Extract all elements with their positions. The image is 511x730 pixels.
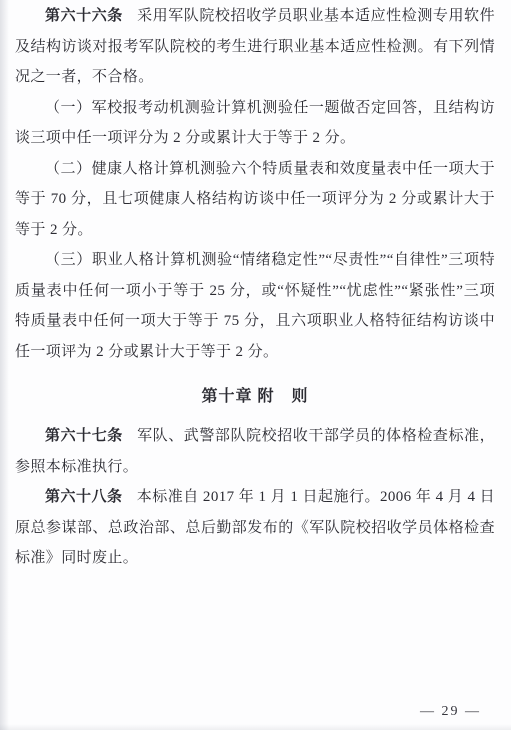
chapter-heading: 第十章 附 则 bbox=[15, 382, 495, 412]
article-68: 第六十八条本标准自 2017 年 1 月 1 日起施行。2006 年 4 月 4… bbox=[15, 482, 495, 574]
article-66-item-2: （二）健康人格计算机测验六个特质量表和效度量表中任一项大于等于 70 分，且七项… bbox=[15, 154, 495, 246]
page-number: — 29 — bbox=[420, 704, 481, 720]
article-66-item-3: （三）职业人格计算机测验“情绪稳定性”“尽责性”“自律性”三项特质量表中任何一项… bbox=[15, 245, 495, 367]
article-66-item-2-text: （二）健康人格计算机测验六个特质量表和效度量表中任一项大于等于 70 分，且七项… bbox=[15, 161, 495, 238]
document-page: 第六十六条采用军队院校招收学员职业基本适应性检测专用软件及结构访谈对报考军队院校… bbox=[0, 0, 511, 730]
article-66-item-1-text: （一）军校报考动机测验计算机测验任一题做否定回答，且结构访谈三项中任一项评分为 … bbox=[15, 100, 495, 147]
article-66-item-3-text: （三）职业人格计算机测验“情绪稳定性”“尽责性”“自律性”三项特质量表中任何一项… bbox=[15, 252, 495, 360]
article-66: 第六十六条采用军队院校招收学员职业基本适应性检测专用软件及结构访谈对报考军队院校… bbox=[15, 1, 495, 93]
article-68-number: 第六十八条 bbox=[45, 489, 122, 505]
article-67-number: 第六十七条 bbox=[45, 428, 123, 444]
article-67: 第六十七条军队、武警部队院校招收干部学员的体格检查标准，参照本标准执行。 bbox=[15, 421, 495, 482]
article-66-number: 第六十六条 bbox=[45, 8, 123, 24]
article-66-item-1: （一）军校报考动机测验计算机测验任一题做否定回答，且结构访谈三项中任一项评分为 … bbox=[15, 93, 495, 154]
document-content: 第六十六条采用军队院校招收学员职业基本适应性检测专用软件及结构访谈对报考军队院校… bbox=[0, 0, 511, 574]
